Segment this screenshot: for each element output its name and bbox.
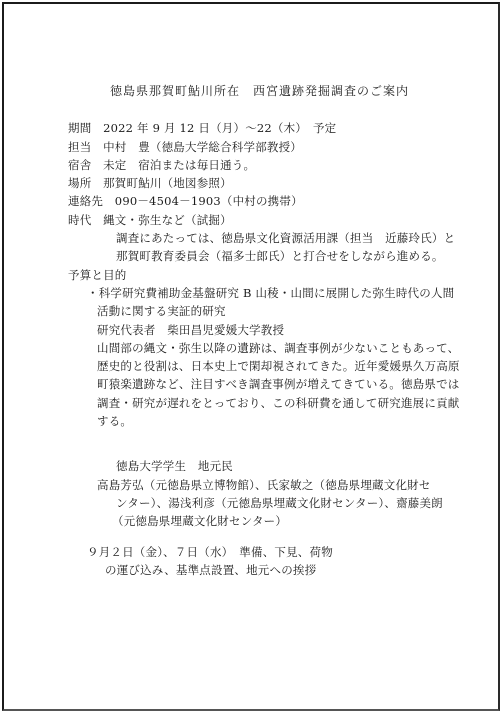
spacer xyxy=(0,0,503,82)
text-line-names: ンター）、湯浅利彦（元徳島県埋蔵文化財センター）、齋藤美朗 xyxy=(0,494,503,512)
document-content: 徳島県那賀町鮎川所在 西宮遺跡発掘調査のご案内 期間 2022 年 9 月 12… xyxy=(0,0,503,714)
document-title: 徳島県那賀町鮎川所在 西宮遺跡発掘調査のご案内 xyxy=(0,82,503,100)
text-line: 活動に関する実証的研究 xyxy=(0,302,503,320)
text-line-budget-heading: 予算と目的 xyxy=(0,266,503,284)
spacer xyxy=(0,430,503,457)
spacer xyxy=(0,531,503,543)
text-line: 調査・研究が遅れをとっており、この科研費を通して研究進展に貢献 xyxy=(0,394,503,412)
text-line-period: 期間 2022 年 9 月 12 日（月）～22（木） 予定 xyxy=(0,119,503,137)
text-line-place: 場所 那賀町鮎川（地図参照） xyxy=(0,174,503,192)
text-line-lodging: 宿舎 未定 宿泊または毎日通う。 xyxy=(0,156,503,174)
text-line: 町猿楽遺跡など、注目すべき調査事例が増えてきている。徳島県では xyxy=(0,375,503,393)
text-line-bullet: ・科学研究費補助金基盤研究 B 山稜・山間に展開した弥生時代の人間 xyxy=(0,284,503,302)
text-line-schedule: ９月２日（金）、７日（水） 準備、下見、荷物 xyxy=(0,543,503,561)
text-line-names: 高島芳弘（元徳島県立博物館）、氏家敏之（徳島県埋蔵文化財セ xyxy=(0,476,503,494)
spacer xyxy=(0,100,503,119)
text-line-participants: 徳島大学学生 地元民 xyxy=(0,457,503,475)
text-line-research-lead: 研究代表者 柴田昌児愛媛大学教授 xyxy=(0,321,503,339)
text-line: 那賀町教育委員会（福多士郎氏）と打合せをしながら進める。 xyxy=(0,247,503,265)
text-line: 歴史的と役割は、日本史上で閑却視されてきた。近年愛媛県久万高原 xyxy=(0,357,503,375)
text-line-era: 時代 縄文・弥生など（試掘） xyxy=(0,211,503,229)
text-line: 山間部の縄文・弥生以降の遺跡は、調査事例が少ないこともあって、 xyxy=(0,339,503,357)
document-page: 徳島県那賀町鮎川所在 西宮遺跡発掘調査のご案内 期間 2022 年 9 月 12… xyxy=(0,0,503,714)
text-line: する。 xyxy=(0,412,503,430)
text-line: 調査にあたっては、徳島県文化資源活用課（担当 近藤玲氏）と xyxy=(0,229,503,247)
text-line-schedule: の運び込み、基準点設置、地元への挨拶 xyxy=(0,561,503,579)
text-line-staff: 担当 中村 豊（徳島大学総合科学部教授） xyxy=(0,138,503,156)
text-line-contact: 連絡先 090－4504－1903（中村の携帯） xyxy=(0,192,503,210)
text-line-names: （元徳島県埋蔵文化財センター） xyxy=(0,512,503,530)
